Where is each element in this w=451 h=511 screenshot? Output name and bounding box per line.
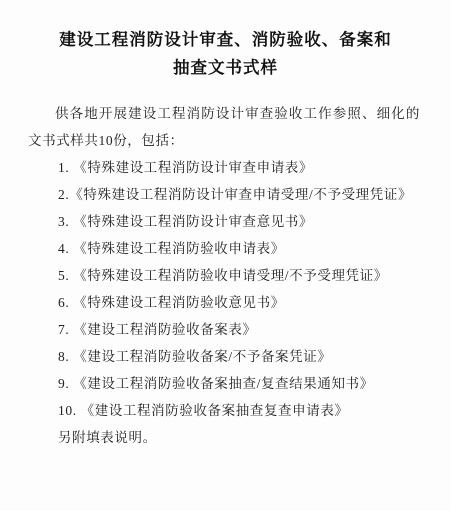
list-item: 2.《特殊建设工程消防设计审查申请受理/不予受理凭证》 bbox=[28, 181, 420, 208]
document-body: 供各地开展建设工程消防设计审查验收工作参照、细化的文书式样共10份，包括： 1.… bbox=[28, 100, 420, 451]
list-item: 7. 《建设工程消防验收备案表》 bbox=[28, 316, 420, 343]
list-item: 1. 《特殊建设工程消防设计审查申请表》 bbox=[28, 154, 420, 181]
list-item: 3. 《特殊建设工程消防设计审查意见书》 bbox=[28, 208, 420, 235]
list-item: 9. 《建设工程消防验收备案抽查/复查结果通知书》 bbox=[28, 370, 420, 397]
list-item: 6. 《特殊建设工程消防验收意见书》 bbox=[28, 289, 420, 316]
document-title: 建设工程消防设计审查、消防验收、备案和 抽查文书式样 bbox=[0, 26, 451, 82]
list-item: 4. 《特殊建设工程消防验收申请表》 bbox=[28, 235, 420, 262]
document-page: 建设工程消防设计审查、消防验收、备案和 抽查文书式样 供各地开展建设工程消防设计… bbox=[0, 0, 451, 511]
list-item: 8. 《建设工程消防验收备案/不予备案凭证》 bbox=[28, 343, 420, 370]
intro-paragraph: 供各地开展建设工程消防设计审查验收工作参照、细化的文书式样共10份，包括： bbox=[28, 100, 420, 154]
document-title-line-2: 抽查文书式样 bbox=[0, 54, 451, 82]
footer-note: 另附填表说明。 bbox=[28, 424, 420, 451]
list-item: 10. 《建设工程消防验收备案抽查复查申请表》 bbox=[28, 397, 420, 424]
list-item: 5. 《特殊建设工程消防验收申请受理/不予受理凭证》 bbox=[28, 262, 420, 289]
document-title-line-1: 建设工程消防设计审查、消防验收、备案和 bbox=[0, 26, 451, 54]
document-list: 1. 《特殊建设工程消防设计审查申请表》 2.《特殊建设工程消防设计审查申请受理… bbox=[28, 154, 420, 424]
